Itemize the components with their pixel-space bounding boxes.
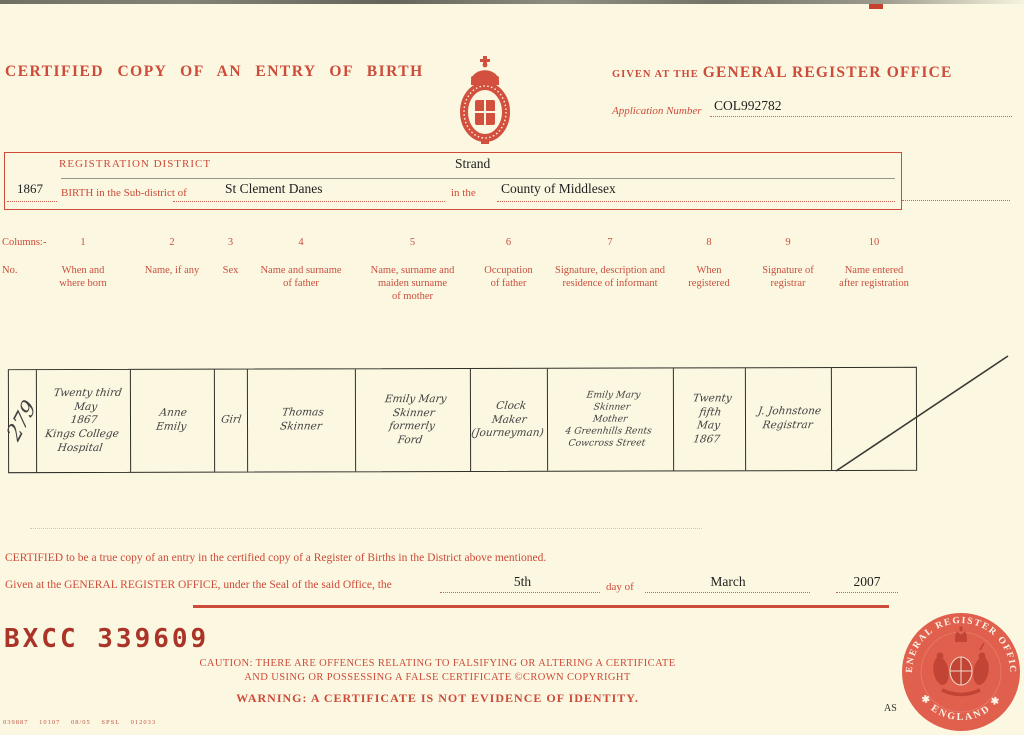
given-at-statement: Given at the GENERAL REGISTER OFFICE, un… xyxy=(5,579,392,591)
caution-text: CAUTION: THERE ARE OFFENCES RELATING TO … xyxy=(160,657,715,684)
when-registered-cell: Twenty fifth May 1867 xyxy=(674,368,746,470)
caution-line-2: AND USING OR POSSESSING A FALSE CERTIFIC… xyxy=(160,671,715,685)
mother-value: Emily Mary Skinner formerly Ford xyxy=(378,393,447,448)
registration-district-label: REGISTRATION DISTRICT xyxy=(59,158,211,170)
sex-cell: Girl xyxy=(215,370,248,472)
year-rule-bottom xyxy=(836,592,898,593)
column-number: 1 xyxy=(36,236,130,249)
mother-cell: Emily Mary Skinner formerly Ford xyxy=(356,369,471,471)
warning-text: WARNING: A CERTIFICATE IS NOT EVIDENCE O… xyxy=(160,691,715,706)
column-label: Name, if any xyxy=(130,264,214,303)
subdistrict-value: St Clement Danes xyxy=(225,181,323,197)
column-number: 2 xyxy=(130,236,214,249)
column-number: 4 xyxy=(247,236,355,249)
subdistrict-label: BIRTH in the Sub-district of xyxy=(61,187,187,199)
year-rule xyxy=(7,201,57,202)
when-registered-value: Twenty fifth May 1867 xyxy=(686,392,732,447)
column-number: 5 xyxy=(355,236,470,249)
name-cell: Anne Emily xyxy=(131,370,215,472)
column-number: 9 xyxy=(745,236,831,249)
no-column-label: No. xyxy=(2,265,17,276)
given-at-prefix: GIVEN AT THE xyxy=(612,69,699,80)
column-label: Occupation of father xyxy=(470,264,547,303)
district-underline xyxy=(61,178,895,179)
column-number: 8 xyxy=(673,236,745,249)
column-number: 10 xyxy=(831,236,917,249)
county-rule-extension xyxy=(902,200,1010,201)
occupation-cell: Clock Maker (Journeyman) xyxy=(471,369,548,471)
given-at-office-heading: GIVEN AT THE GENERAL REGISTER OFFICE xyxy=(612,64,953,82)
entry-number-cell: 279 xyxy=(9,370,37,472)
county-value: County of Middlesex xyxy=(501,181,616,197)
informant-cell: Emily Mary Skinner Mother 4 Greenhills R… xyxy=(548,368,674,470)
when-where-born-value: Twenty third May 1867 Kings College Hosp… xyxy=(42,387,125,455)
application-number-rule xyxy=(710,116,1012,117)
seal-month-value: March xyxy=(648,574,808,590)
column-labels-row: When and where born Name, if any Sex Nam… xyxy=(36,264,917,303)
registrar-signature-cell: J. Johnstone Registrar xyxy=(746,368,832,470)
faint-dotted-line xyxy=(30,528,702,529)
day-rule xyxy=(440,592,600,593)
column-label: When registered xyxy=(673,264,745,303)
registration-district-value: Strand xyxy=(455,156,490,172)
month-rule xyxy=(645,592,810,593)
subdistrict-rule xyxy=(173,201,445,202)
application-number-value: COL992782 xyxy=(714,98,782,114)
informant-value: Emily Mary Skinner Mother 4 Greenhills R… xyxy=(563,390,658,450)
father-value: Thomas Skinner xyxy=(279,407,324,434)
office-name: GENERAL REGISTER OFFICE xyxy=(703,64,953,81)
occupation-value: Clock Maker (Journeyman) xyxy=(470,399,548,440)
register-entry-table: 279 Twenty third May 1867 Kings College … xyxy=(8,367,917,473)
column-numbers-row: 1 2 3 4 5 6 7 8 9 10 xyxy=(36,236,917,249)
county-rule xyxy=(497,201,895,202)
registrar-signature-value: J. Johnstone Registrar xyxy=(755,405,822,432)
seal-year-value: 2007 xyxy=(836,574,898,590)
father-cell: Thomas Skinner xyxy=(248,369,356,471)
in-the-label: in the xyxy=(451,187,476,199)
column-label: Signature, description and residence of … xyxy=(547,264,673,303)
certified-statement: CERTIFIED to be a true copy of an entry … xyxy=(5,552,546,564)
strike-through-line xyxy=(828,350,1024,480)
seal-day-value: 5th xyxy=(440,574,605,590)
sex-value: Girl xyxy=(220,414,242,428)
column-label: Sex xyxy=(214,264,247,303)
application-number-label: Application Number xyxy=(612,105,702,117)
corner-mark xyxy=(869,4,883,9)
column-label: Signature of registrar xyxy=(745,264,831,303)
column-label: Name, surname and maiden surname of moth… xyxy=(355,264,470,303)
column-label: Name and surname of father xyxy=(247,264,355,303)
caution-line-1: CAUTION: THERE ARE OFFENCES RELATING TO … xyxy=(160,657,715,671)
column-number: 6 xyxy=(470,236,547,249)
birth-certificate-document: CERTIFIED COPY OF AN ENTRY OF BIRTH GIVE… xyxy=(0,0,1024,735)
when-where-born-cell: Twenty third May 1867 Kings College Hosp… xyxy=(37,370,131,472)
clerk-initials: AS xyxy=(884,703,897,714)
general-register-office-seal: GENERAL REGISTER OFFICE ✱ ENGLAND ✱ xyxy=(898,610,1024,735)
red-horizontal-rule xyxy=(193,605,889,608)
certificate-serial-number: BXCC 339609 xyxy=(4,624,209,654)
print-reference-code: 039887 10107 08/05 SPSL 012033 xyxy=(3,719,156,726)
name-value: Anne Emily xyxy=(155,407,189,434)
registration-year: 1867 xyxy=(17,181,43,197)
column-label: Name entered after registration xyxy=(831,264,917,303)
column-number: 7 xyxy=(547,236,673,249)
royal-crest-icon xyxy=(449,56,521,146)
day-of-label: day of xyxy=(606,581,634,593)
document-title: CERTIFIED COPY OF AN ENTRY OF BIRTH xyxy=(5,63,424,81)
registration-district-box: REGISTRATION DISTRICT Strand 1867 BIRTH … xyxy=(4,152,902,210)
column-label: When and where born xyxy=(36,264,130,303)
column-number: 3 xyxy=(214,236,247,249)
